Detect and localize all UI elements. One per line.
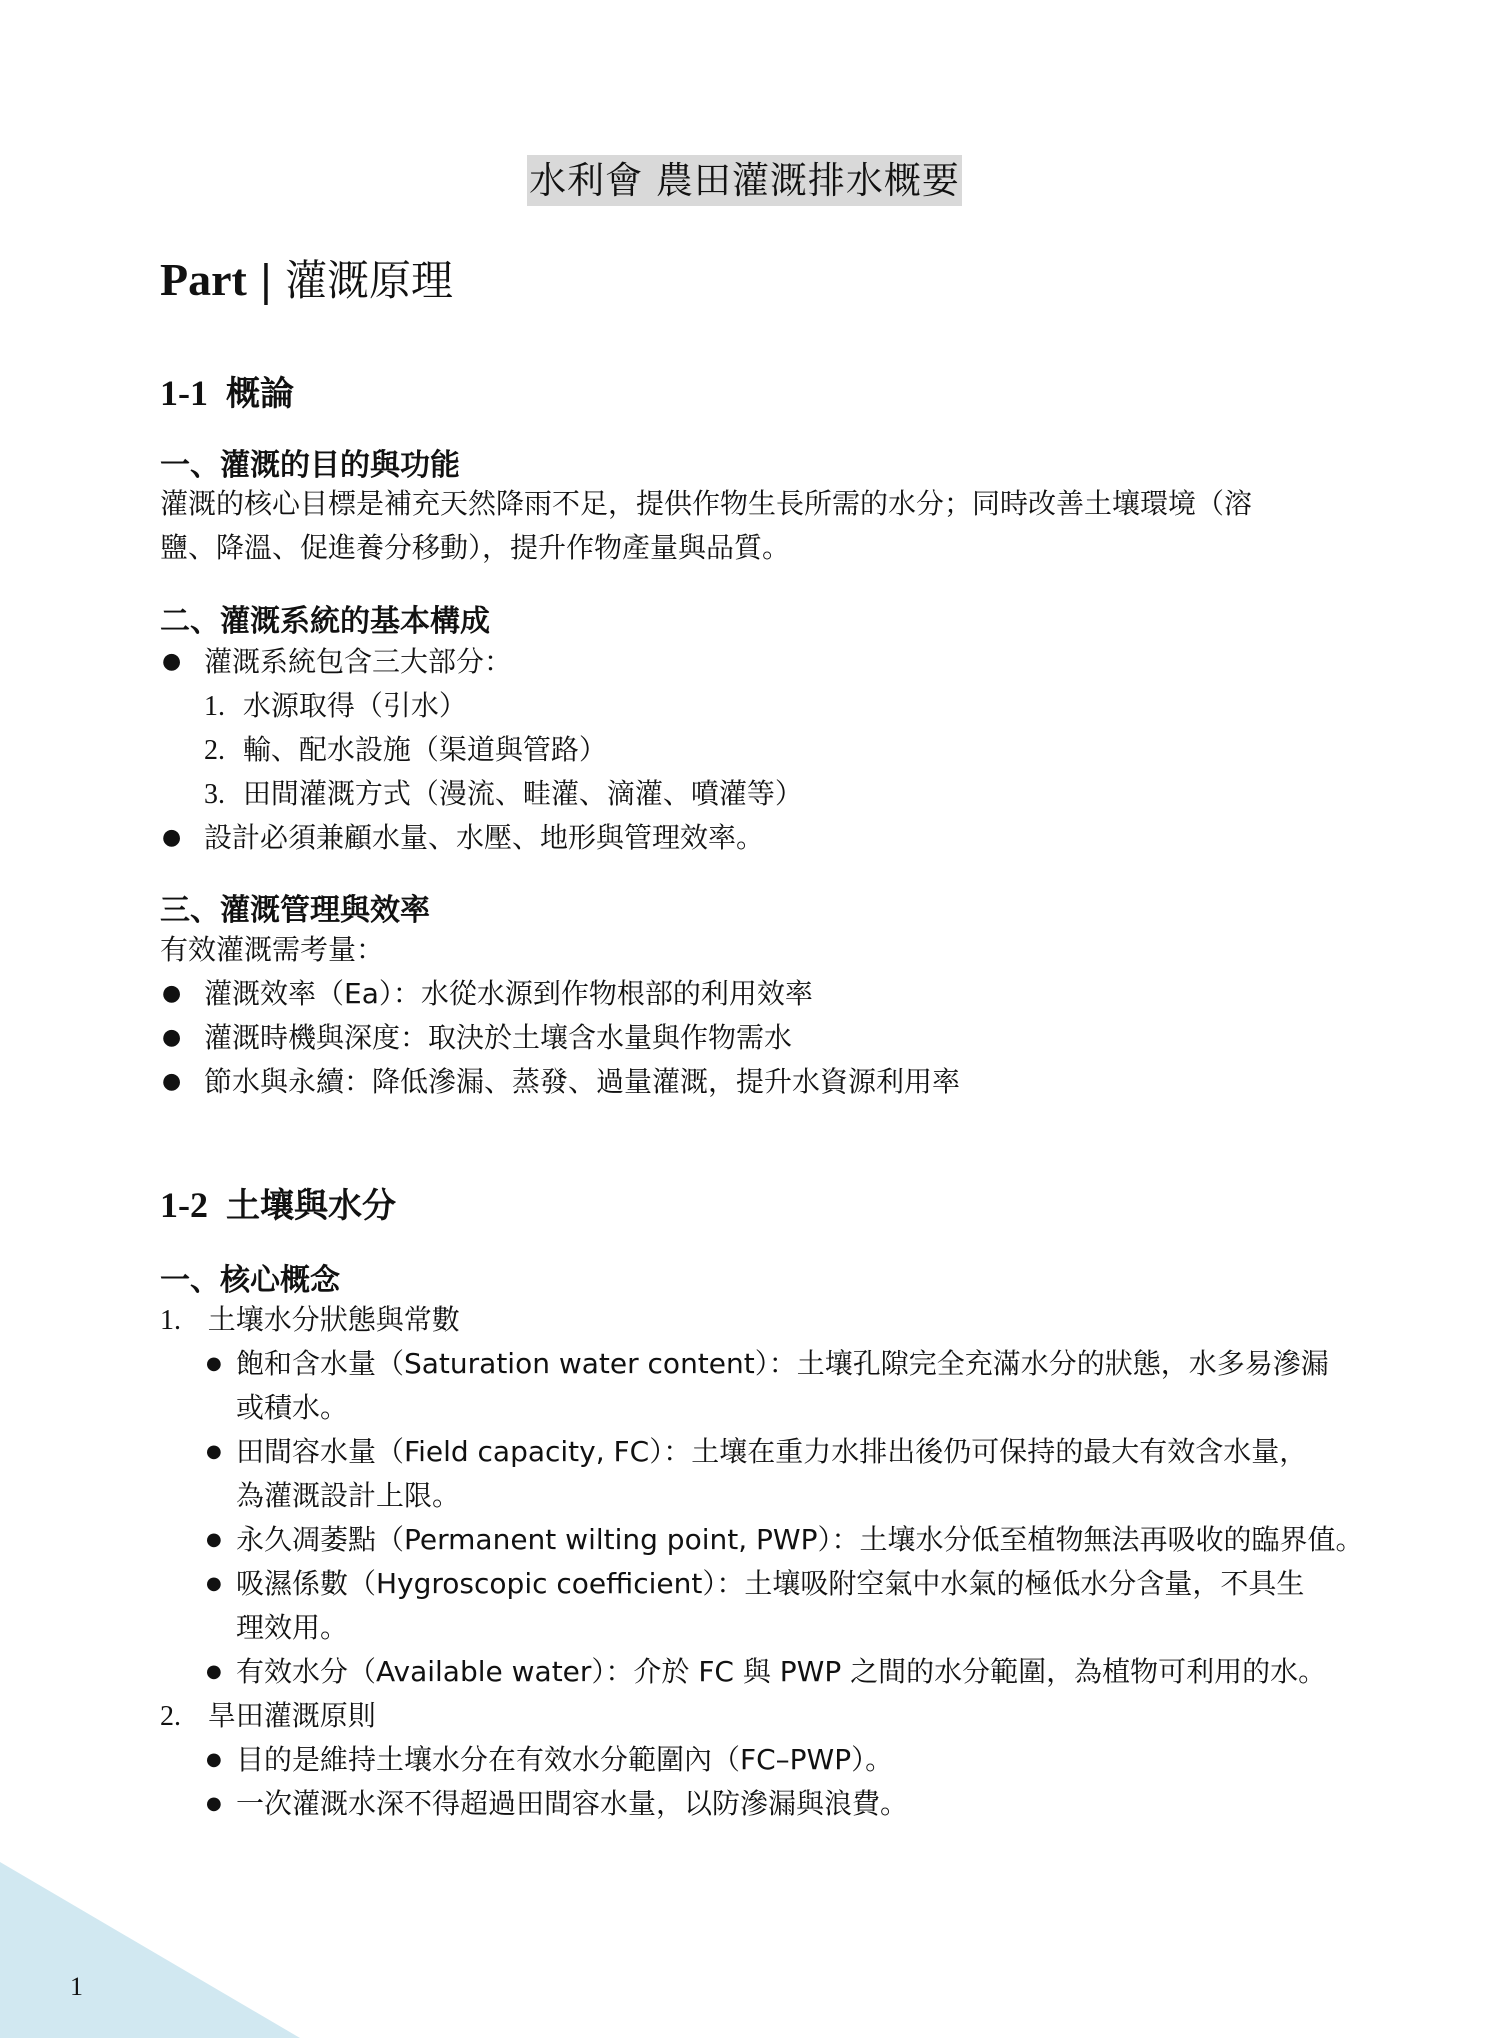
list-item: 灌溉效率（Ea）：水從水源到作物根部的利用效率	[204, 972, 813, 1016]
list-item: 灌溉時機與深度：取決於土壤含水量與作物需水	[204, 1016, 792, 1060]
bullet-icon: ●	[162, 1060, 181, 1104]
list-item-continuation: 理效用。	[236, 1606, 348, 1650]
list-item: 田間容水量（Field capacity, FC）：土壤在重力水排出後仍可保持的…	[236, 1430, 1307, 1474]
item-number: 2.	[204, 735, 225, 766]
list-item: 永久凋萎點（Permanent wilting point, PWP）：土壤水分…	[236, 1518, 1363, 1562]
document-title-text: 水利會 農田灌溉排水概要	[527, 155, 962, 206]
list-item: 節水與永續：降低滲漏、蒸發、過量灌溉，提升水資源利用率	[204, 1060, 960, 1104]
section-number: 1-1	[160, 373, 208, 413]
list-item-continuation: 或積水。	[236, 1386, 348, 1430]
numbered-item: 3. 田間灌溉方式（漫流、畦灌、滴灌、噴灌等）	[204, 772, 803, 817]
bullet-icon: ●	[162, 972, 181, 1016]
numbered-item: 2. 輸、配水設施（渠道與管路）	[204, 728, 607, 773]
numbered-list: 1. 土壤水分狀態與常數 ● 飽和含水量（Saturation water co…	[160, 1298, 1380, 1838]
bullet-list: 有效灌溉需考量： ● 灌溉效率（Ea）：水從水源到作物根部的利用效率 ● 灌溉時…	[160, 928, 1360, 1108]
section-number: 1-2	[160, 1185, 208, 1225]
bullet-icon: ●	[206, 1342, 222, 1386]
item-number: 2.	[160, 1701, 181, 1732]
bullet-icon: ●	[162, 640, 181, 684]
part-title: 灌溉原理	[285, 256, 453, 305]
page-number: 1	[70, 1972, 83, 2002]
item-text: 輸、配水設施（渠道與管路）	[243, 733, 607, 766]
paragraph-line: 鹽、降溫、促進養分移動），提升作物產量與品質。	[160, 526, 1252, 570]
item-text: 水源取得（引水）	[243, 689, 467, 722]
numbered-item: 2. 旱田灌溉原則	[160, 1694, 376, 1739]
bullet-icon: ●	[206, 1738, 222, 1782]
paragraph: 灌溉的核心目標是補充天然降雨不足，提供作物生長所需的水分；同時改善土壤環境（溶 …	[160, 482, 1252, 570]
section-heading-1-2: 1-2土壤與水分	[160, 1178, 396, 1227]
part-label: Part	[160, 254, 247, 305]
section-heading-1-1: 1-1概論	[160, 366, 294, 415]
item-number: 1.	[204, 691, 225, 722]
bullet-icon: ●	[206, 1562, 222, 1606]
list-item: 有效水分（Available water）：介於 FC 與 PWP 之間的水分範…	[236, 1650, 1326, 1694]
bullet-icon: ●	[206, 1650, 222, 1694]
item-text: 土壤水分狀態與常數	[208, 1303, 460, 1336]
numbered-item: 1. 水源取得（引水）	[204, 684, 467, 729]
list-item: 吸濕係數（Hygroscopic coefficient）：土壤吸附空氣中水氣的…	[236, 1562, 1304, 1606]
subheading: 三、灌溉管理與效率	[160, 885, 430, 929]
numbered-item: 1. 土壤水分狀態與常數	[160, 1298, 460, 1343]
bullet-icon: ●	[206, 1782, 222, 1826]
subheading: 二、灌溉系統的基本構成	[160, 596, 490, 640]
section-title: 土壤與水分	[226, 1186, 396, 1226]
item-number: 3.	[204, 779, 225, 810]
bullet-icon: ●	[206, 1518, 222, 1562]
bullet-icon: ●	[162, 1016, 181, 1060]
paragraph-line: 灌溉的核心目標是補充天然降雨不足，提供作物生長所需的水分；同時改善土壤環境（溶	[160, 482, 1252, 526]
list-item: 飽和含水量（Saturation water content）：土壤孔隙完全充滿…	[236, 1342, 1329, 1386]
part-heading: Part|灌溉原理	[160, 248, 453, 308]
part-separator: |	[259, 256, 273, 305]
list-item: 灌溉系統包含三大部分：	[204, 640, 512, 684]
intro-text: 有效灌溉需考量：	[160, 928, 384, 972]
list-item: 目的是維持土壤水分在有效水分範圍內（FC–PWP）。	[236, 1738, 893, 1782]
item-text: 田間灌溉方式（漫流、畦灌、滴灌、噴灌等）	[243, 777, 803, 810]
bullet-icon: ●	[206, 1430, 222, 1474]
item-number: 1.	[160, 1305, 181, 1336]
corner-decoration-triangle	[0, 1862, 300, 2038]
document-title: 水利會 農田灌溉排水概要	[0, 155, 1489, 206]
subheading: 一、灌溉的目的與功能	[160, 440, 460, 484]
section-title: 概論	[226, 374, 294, 414]
subheading: 一、核心概念	[160, 1255, 340, 1299]
item-text: 旱田灌溉原則	[208, 1699, 376, 1732]
list-item: 設計必須兼顧水量、水壓、地形與管理效率。	[204, 816, 764, 860]
list-item-continuation: 為灌溉設計上限。	[236, 1474, 460, 1518]
bullet-icon: ●	[162, 816, 181, 860]
list-item: 一次灌溉水深不得超過田間容水量，以防滲漏與浪費。	[236, 1782, 908, 1826]
bullet-list: ● 灌溉系統包含三大部分： 1. 水源取得（引水） 2. 輸、配水設施（渠道與管…	[160, 640, 1360, 870]
